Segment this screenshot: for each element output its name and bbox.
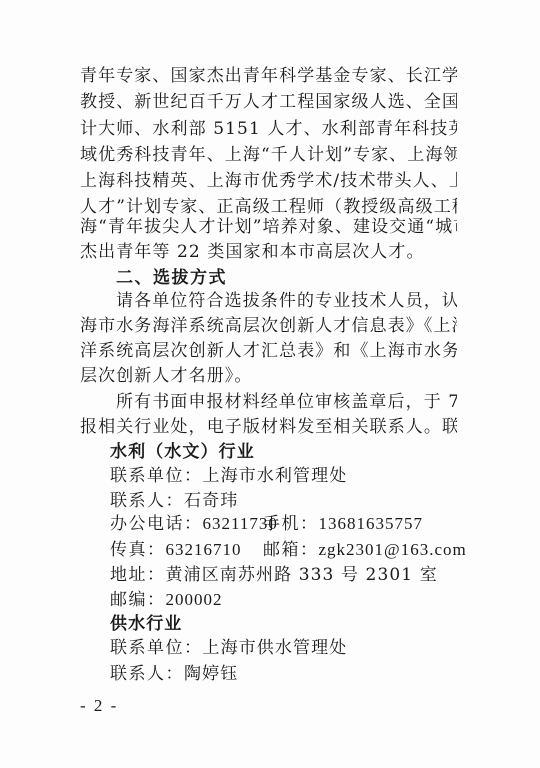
paragraph-line: 上海科技精英、上海市优秀学术/技术带头人、上海“浦江 [80,169,457,193]
address-label: 地址： [110,565,166,585]
contact-postcode-row: 邮编：200002 [110,588,223,612]
unit-label: 联系单位： [110,638,203,658]
paragraph-line: 青年专家、国家杰出青年科学基金专家、长江学者计划特聘 [80,64,457,88]
paragraph-line: 洋系统高层次创新人才汇总表》和《上海市水务海洋行业高 [80,339,457,363]
person-value: 陶婷钰 [184,664,238,684]
paragraph-line: 报相关行业处，电子版材料发至相关联系人。联系方式如下： [80,415,457,439]
paragraph-line: 域优秀科技青年、上海“千人计划”专家、上海领军人才、 [80,143,457,167]
contact-person-row: 联系人：石奇玮 [110,489,238,513]
paragraph-line: 海“青年拔尖人才计划”培养对象、建设交通“城市之星” [80,215,457,239]
paragraph-line: 教授、新世纪百千万人才工程国家级人选、全国工程勘察设 [80,90,457,114]
paragraph-line: 海市水务海洋系统高层次创新人才信息表》《上海市水务海 [80,314,457,338]
mobile-label: 手机： [263,514,319,534]
unit-value: 上海市水利管理处 [203,466,348,486]
paragraph-line: 杰出青年等 22 类国家和本市高层次人才。 [80,240,457,264]
person-label: 联系人： [110,664,184,684]
unit-label: 联系单位： [110,466,203,486]
address-value: 黄浦区南苏州路 333 号 2301 室 [166,565,438,585]
fax-label: 传真： [110,540,166,560]
person-label: 联系人： [110,491,184,511]
page-number: - 2 - [80,694,118,718]
email-label: 邮箱： [263,540,319,560]
postcode-value: 200002 [166,590,223,609]
contact-unit-row: 联系单位：上海市水利管理处 [110,464,347,488]
mobile-value: 13681635757 [319,514,424,533]
contact-fax-row: 传真：63216710 邮箱：zgk2301@163.com [110,538,470,562]
contact-person-row: 联系人：陶婷钰 [110,662,238,686]
fax-value: 63216710 [166,540,242,559]
contact-unit-row: 联系单位：上海市供水管理处 [110,636,347,660]
unit-value: 上海市供水管理处 [203,638,348,658]
document-page: 青年专家、国家杰出青年科学基金专家、长江学者计划特聘 教授、新世纪百千万人才工程… [0,0,540,768]
paragraph-line: 请各单位符合选拔条件的专业技术人员，认真填写《上 [116,289,457,313]
person-value: 石奇玮 [184,491,238,511]
industry-heading: 供水行业 [110,612,182,636]
postcode-label: 邮编： [110,590,166,610]
email-value: zgk2301@163.com [319,540,467,559]
contact-phone-row: 办公电话：63211730 手机：13681635757 [110,512,470,536]
contact-address-row: 地址：黄浦区南苏州路 333 号 2301 室 [110,563,438,587]
paragraph-line: 所有书面申报材料经单位审核盖章后，于 7 月 30 日前 [116,390,457,414]
section-heading: 二、选拔方式 [116,266,457,290]
industry-heading: 水利（水文）行业 [110,440,255,464]
office-phone-label: 办公电话： [110,514,203,534]
paragraph-line: 层次创新人才名册》。 [80,364,457,388]
paragraph-line: 计大师、水利部 5151 人才、水利部青年科技英才、海洋领 [80,117,457,141]
